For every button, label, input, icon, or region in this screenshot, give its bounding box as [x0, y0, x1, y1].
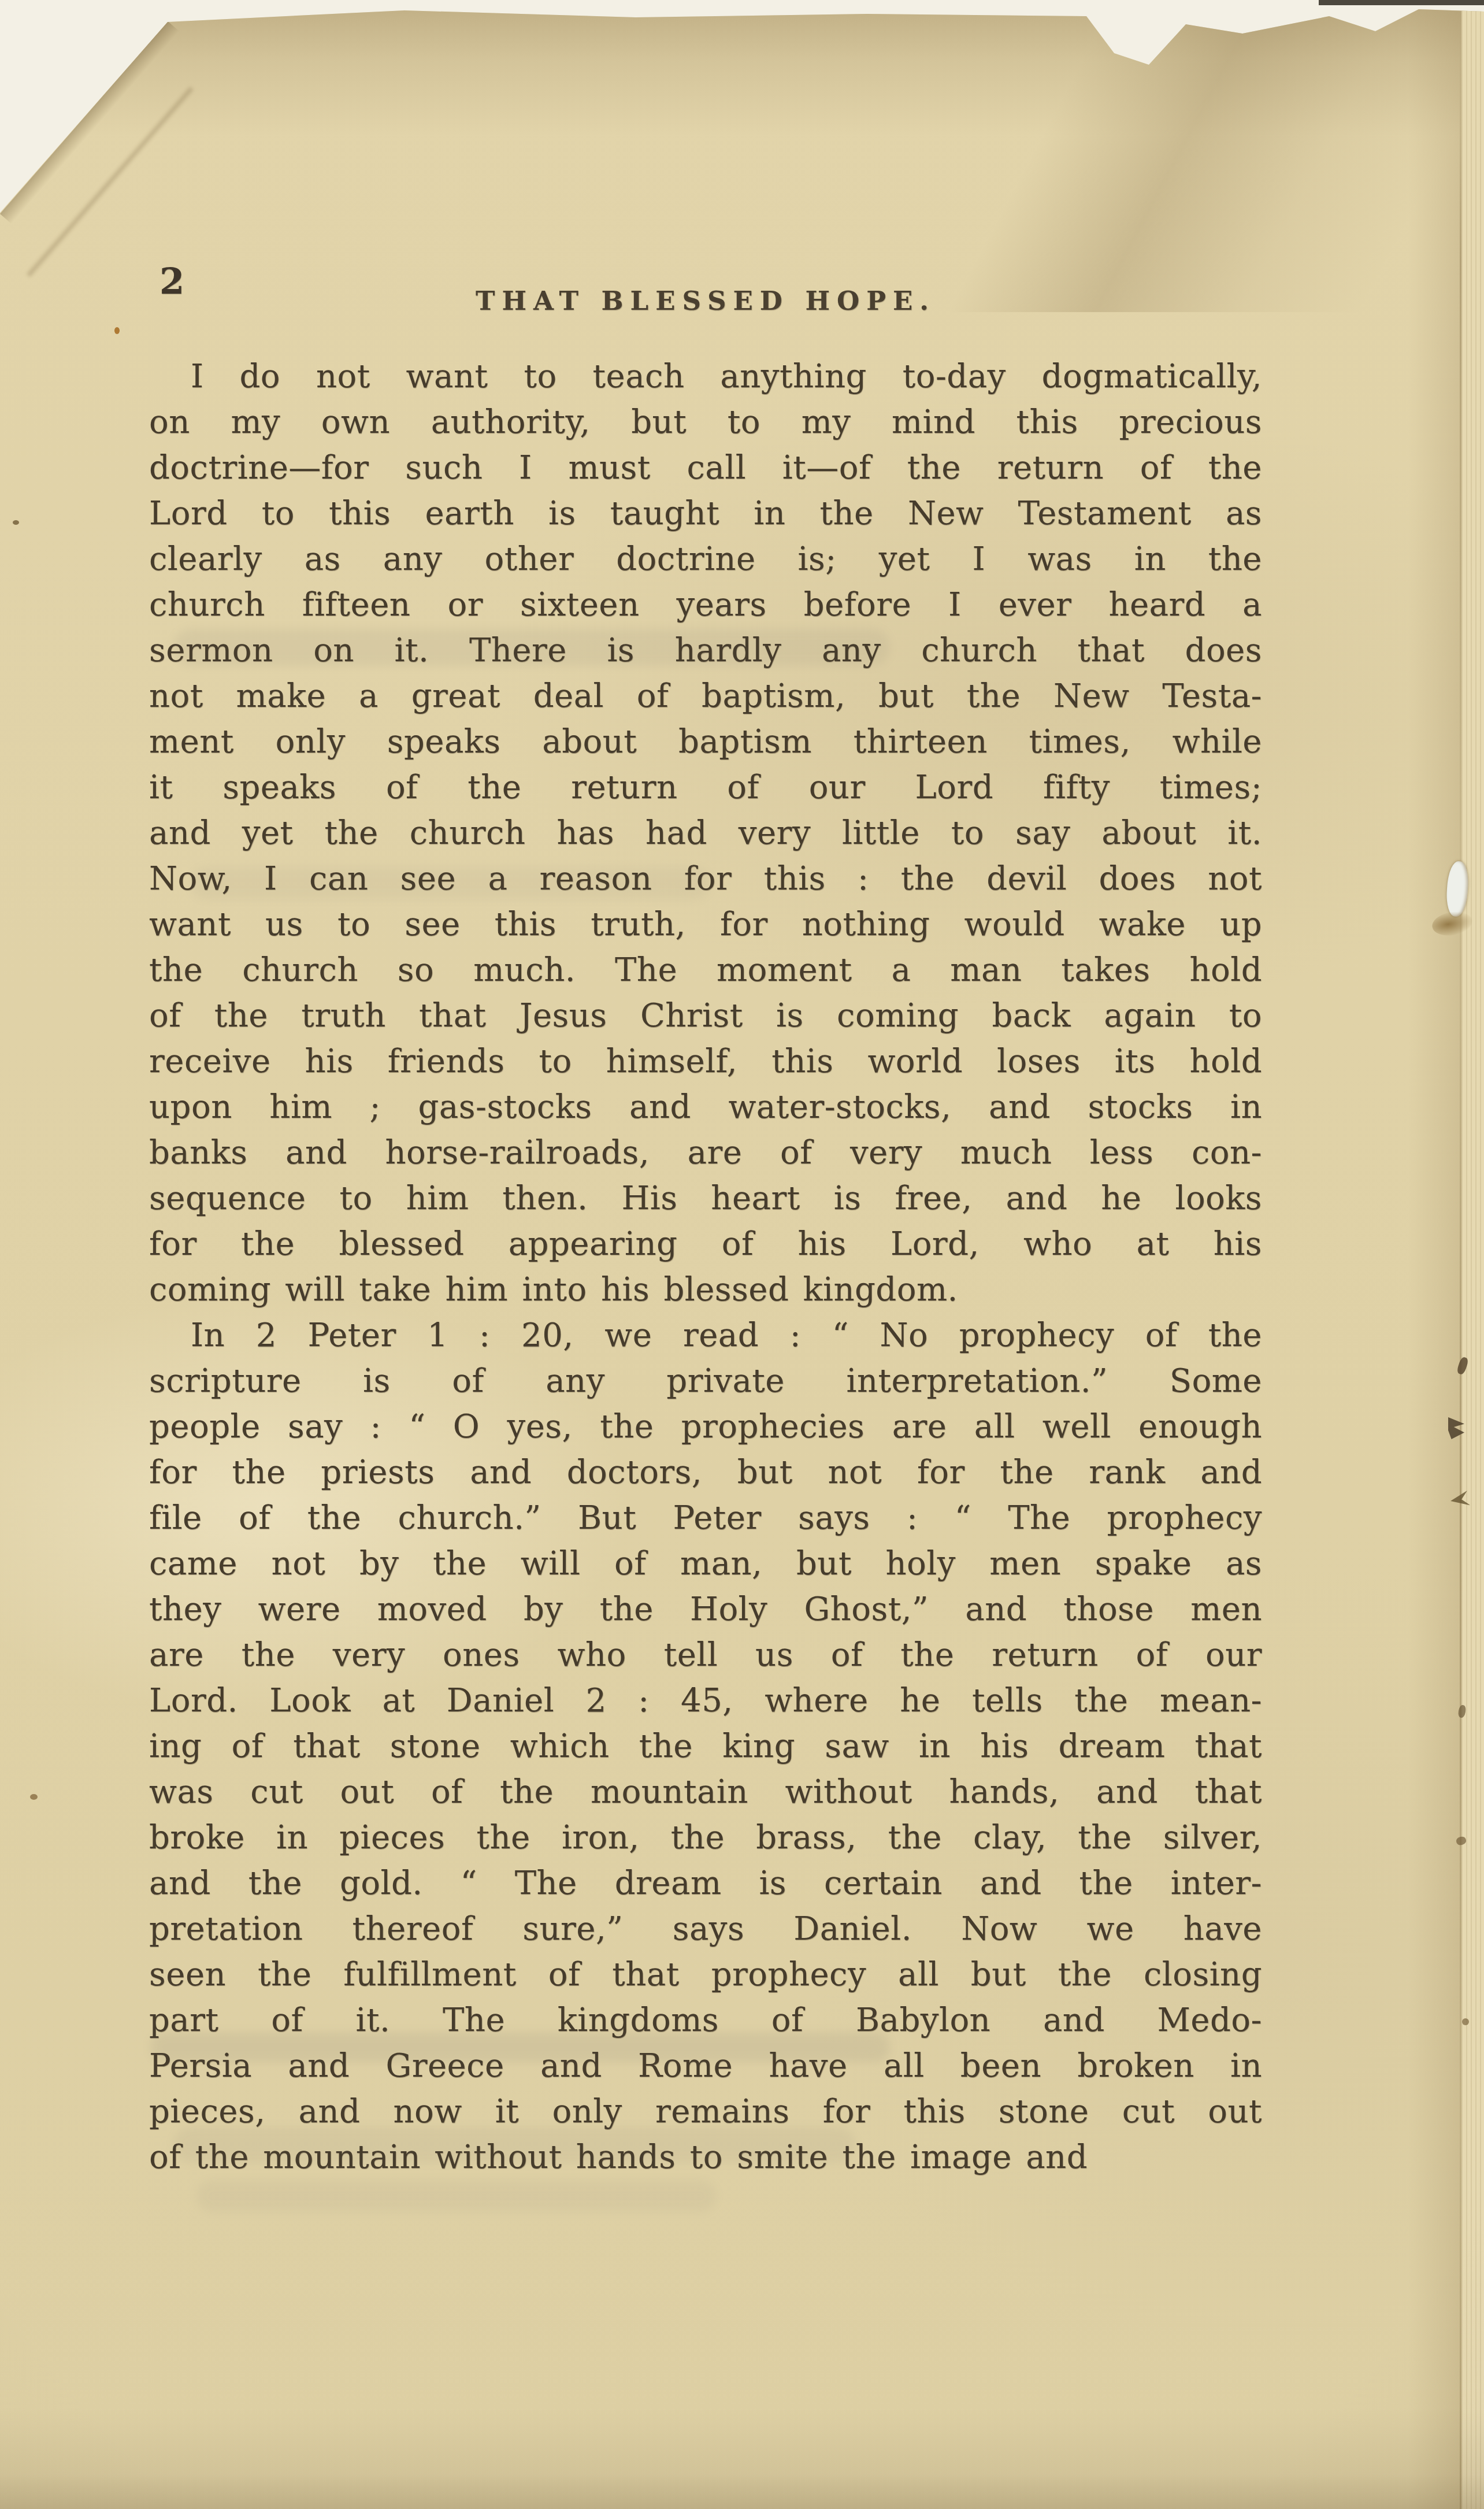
text-line: they were moved by the Holy Ghost,” and … — [149, 1587, 1262, 1632]
text-line: sequence to him then. His heart is free,… — [149, 1176, 1262, 1221]
paper-speck — [114, 327, 120, 334]
fore-edge-shadow — [1408, 0, 1460, 2509]
text-line: Lord. Look at Daniel 2 : 45, where he te… — [149, 1678, 1262, 1724]
text-line: scripture is of any private interpretati… — [149, 1358, 1262, 1404]
text-line: ing of that stone which the king saw in … — [149, 1724, 1262, 1769]
paragraph: In 2 Peter 1 : 20, we read : “ No prophe… — [149, 1313, 1262, 2180]
text-line: was cut out of the mountain without hand… — [149, 1769, 1262, 1815]
text-line: Lord to this earth is taught in the New … — [149, 491, 1262, 536]
text-line: ment only speaks about baptism thirteen … — [149, 719, 1262, 765]
text-line: want us to see this truth, for nothing w… — [149, 902, 1262, 947]
text-line: I do not want to teach anything to-day d… — [149, 354, 1262, 399]
text-line: people say : “ O yes, the prophecies are… — [149, 1404, 1262, 1450]
text-line: church fifteen or sixteen years before I… — [149, 582, 1262, 628]
text-line: clearly as any other doctrine is; yet I … — [149, 536, 1262, 582]
text-line: not make a great deal of baptism, but th… — [149, 673, 1262, 719]
text-line: In 2 Peter 1 : 20, we read : “ No prophe… — [149, 1313, 1262, 1358]
text-line: coming will take him into his blessed ki… — [149, 1267, 1262, 1313]
scanned-book-page: 2 THAT BLESSED HOPE. I do not want to te… — [0, 0, 1484, 2509]
text-line: and yet the church has had very little t… — [149, 810, 1262, 856]
text-line: pretation thereof sure,” says Daniel. No… — [149, 1906, 1262, 1952]
text-line: pieces, and now it only remains for this… — [149, 2089, 1262, 2134]
text-line: of the truth that Jesus Christ is coming… — [149, 993, 1262, 1039]
text-line: for the blessed appearing of his Lord, w… — [149, 1221, 1262, 1267]
edge-mark — [1462, 2018, 1469, 2025]
text-line: part of it. The kingdoms of Babylon and … — [149, 1997, 1262, 2043]
text-line: the church so much. The moment a man tak… — [149, 947, 1262, 993]
text-line: file of the church.” But Peter says : “ … — [149, 1495, 1262, 1541]
paper-speck — [13, 520, 19, 525]
text-line: and the gold. “ The dream is certain and… — [149, 1861, 1262, 1906]
paper-speck — [30, 1794, 38, 1800]
fore-edge-strip — [1461, 0, 1484, 2509]
text-line: on my own authority, but to my mind this… — [149, 399, 1262, 445]
scanner-edge-shadow — [1319, 0, 1484, 5]
bottom-edge-shading — [0, 2474, 1484, 2509]
text-line: broke in pieces the iron, the brass, the… — [149, 1815, 1262, 1861]
text-line: Now, I can see a reason for this : the d… — [149, 856, 1262, 902]
paragraph: I do not want to teach anything to-day d… — [149, 354, 1262, 1313]
text-line: banks and horse-railroads, are of very m… — [149, 1130, 1262, 1176]
text-line: of the mountain without hands to smite t… — [149, 2134, 1262, 2180]
showthrough-smudge — [196, 2180, 717, 2212]
running-head-title: THAT BLESSED HOPE. — [149, 286, 1262, 316]
text-line: receive his friends to himself, this wor… — [149, 1039, 1262, 1084]
body-text: I do not want to teach anything to-day d… — [149, 354, 1262, 2180]
text-line: came not by the will of man, but holy me… — [149, 1541, 1262, 1587]
top-right-crease-shading — [838, 0, 1484, 312]
text-line: seen the fulfillment of that prophecy al… — [149, 1952, 1262, 1997]
text-line: for the priests and doctors, but not for… — [149, 1450, 1262, 1495]
text-line: upon him ; gas-stocks and water-stocks, … — [149, 1084, 1262, 1130]
text-line: doctrine—for such I must call it—of the … — [149, 445, 1262, 491]
text-line: are the very ones who tell us of the ret… — [149, 1632, 1262, 1678]
text-line: it speaks of the return of our Lord fift… — [149, 765, 1262, 810]
text-line: Persia and Greece and Rome have all been… — [149, 2043, 1262, 2089]
paper-page: 2 THAT BLESSED HOPE. I do not want to te… — [0, 0, 1484, 2509]
text-line: sermon on it. There is hardly any church… — [149, 628, 1262, 673]
